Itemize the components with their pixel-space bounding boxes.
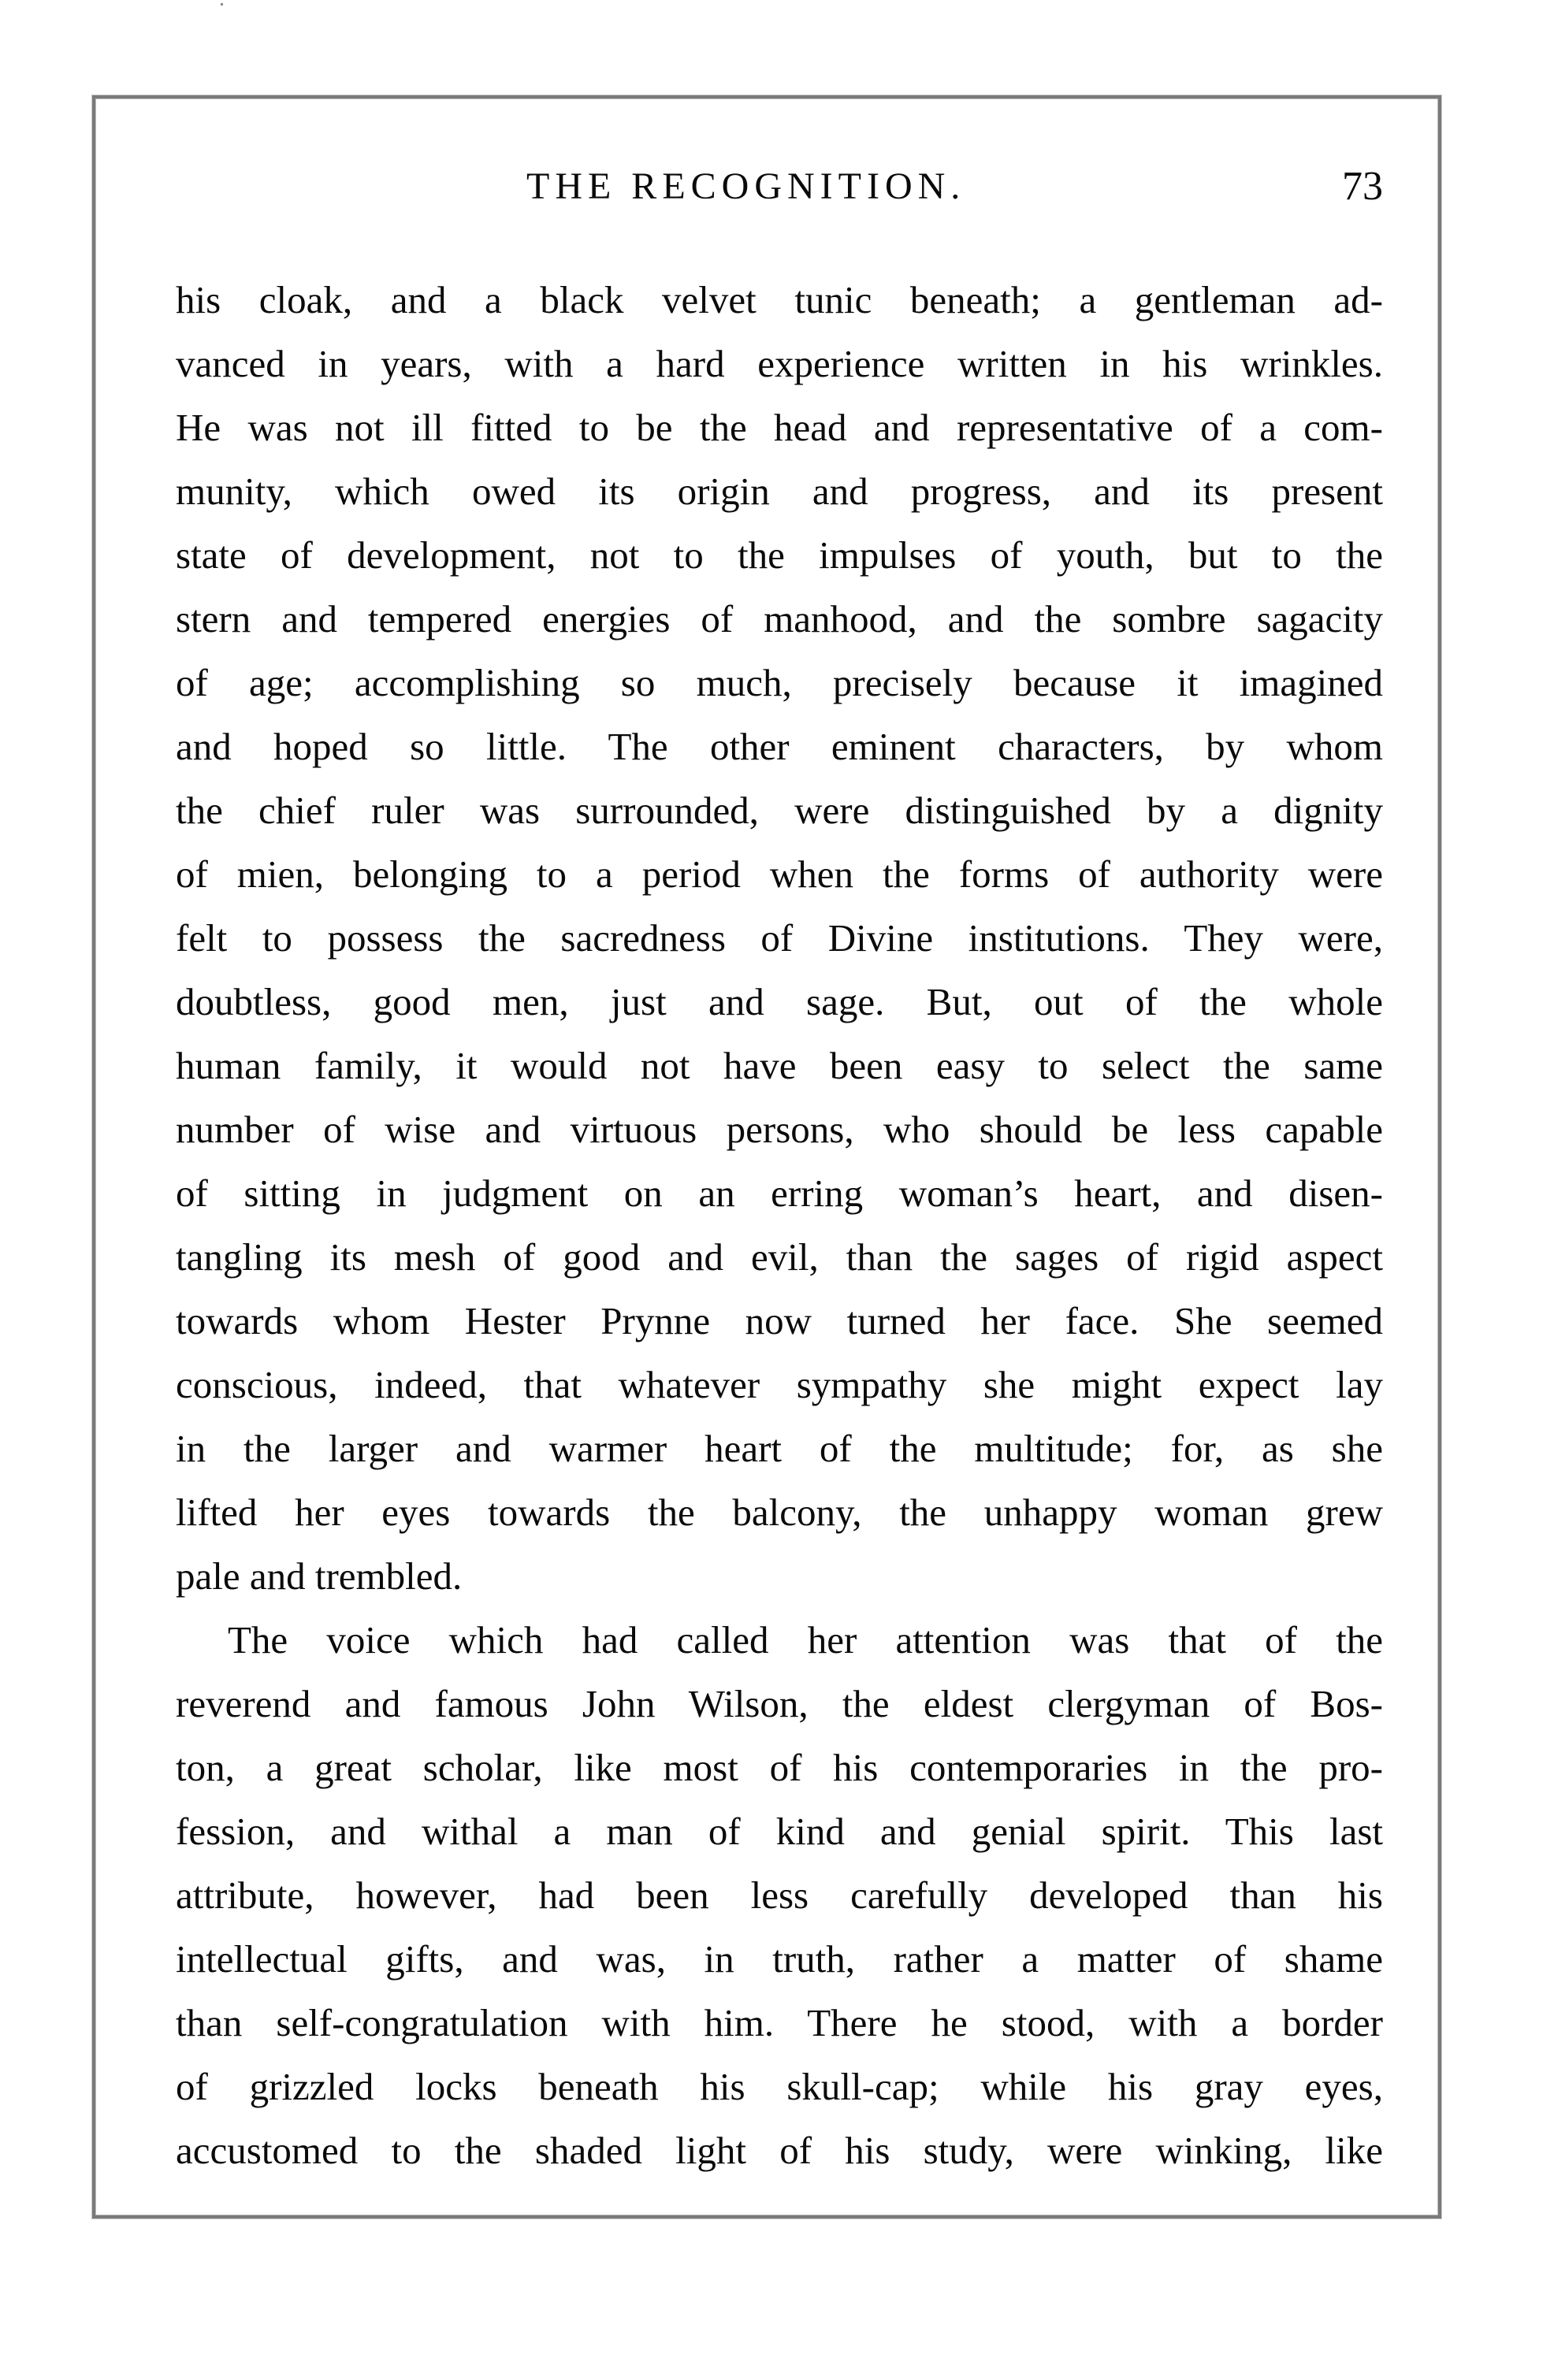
text-line: than self-congratulation with him. There… (176, 1991, 1383, 2055)
text-line: doubtless, good men, just and sage. But,… (176, 970, 1383, 1034)
page-number: 73 (1342, 163, 1383, 210)
text-line: number of wise and virtuous persons, who… (176, 1097, 1383, 1161)
text-line: intellectual gifts, and was, in truth, r… (176, 1927, 1383, 1991)
text-line: felt to possess the sacredness of Divine… (176, 906, 1383, 970)
text-line: human family, it would not have been eas… (176, 1034, 1383, 1097)
text-line: of age; accomplishing so much, precisely… (176, 651, 1383, 715)
text-line: stern and tempered energies of manhood, … (176, 587, 1383, 651)
text-line: pale and trembled. (176, 1544, 1383, 1608)
running-head: THE RECOGNITION. 73 (176, 163, 1383, 210)
text-line: He was not ill fitted to be the head and… (176, 395, 1383, 459)
text-line: The voice which had called her attention… (176, 1608, 1383, 1672)
text-line: his cloak, and a black velvet tunic bene… (176, 268, 1383, 332)
text-line: vanced in years, with a hard experience … (176, 332, 1383, 395)
text-line: state of development, not to the impulse… (176, 523, 1383, 587)
paragraph: his cloak, and a black velvet tunic bene… (176, 268, 1383, 1608)
text-line: and hoped so little. The other eminent c… (176, 715, 1383, 778)
text-line: towards whom Hester Prynne now turned he… (176, 1289, 1383, 1353)
text-line: of sitting in judgment on an erring woma… (176, 1161, 1383, 1225)
running-head-title: THE RECOGNITION. (526, 163, 965, 210)
text-line: lifted her eyes towards the balcony, the… (176, 1480, 1383, 1544)
text-line: ton, a great scholar, like most of his c… (176, 1736, 1383, 1799)
text-line: tangling its mesh of good and evil, than… (176, 1225, 1383, 1289)
text-line: reverend and famous John Wilson, the eld… (176, 1672, 1383, 1736)
paragraph: The voice which had called her attention… (176, 1608, 1383, 2182)
text-line: munity, which owed its origin and progre… (176, 459, 1383, 523)
text-line: the chief ruler was surrounded, were dis… (176, 778, 1383, 842)
text-line: fession, and withal a man of kind and ge… (176, 1799, 1383, 1863)
text-line: conscious, indeed, that whatever sympath… (176, 1353, 1383, 1416)
text-line: in the larger and warmer heart of the mu… (176, 1416, 1383, 1480)
text-line: attribute, however, had been less carefu… (176, 1863, 1383, 1927)
body-text: his cloak, and a black velvet tunic bene… (176, 268, 1383, 2182)
text-line: of mien, belonging to a period when the … (176, 842, 1383, 906)
text-line: accustomed to the shaded light of his st… (176, 2118, 1383, 2182)
scan-speck (221, 3, 223, 6)
text-line: of grizzled locks beneath his skull-cap;… (176, 2055, 1383, 2118)
